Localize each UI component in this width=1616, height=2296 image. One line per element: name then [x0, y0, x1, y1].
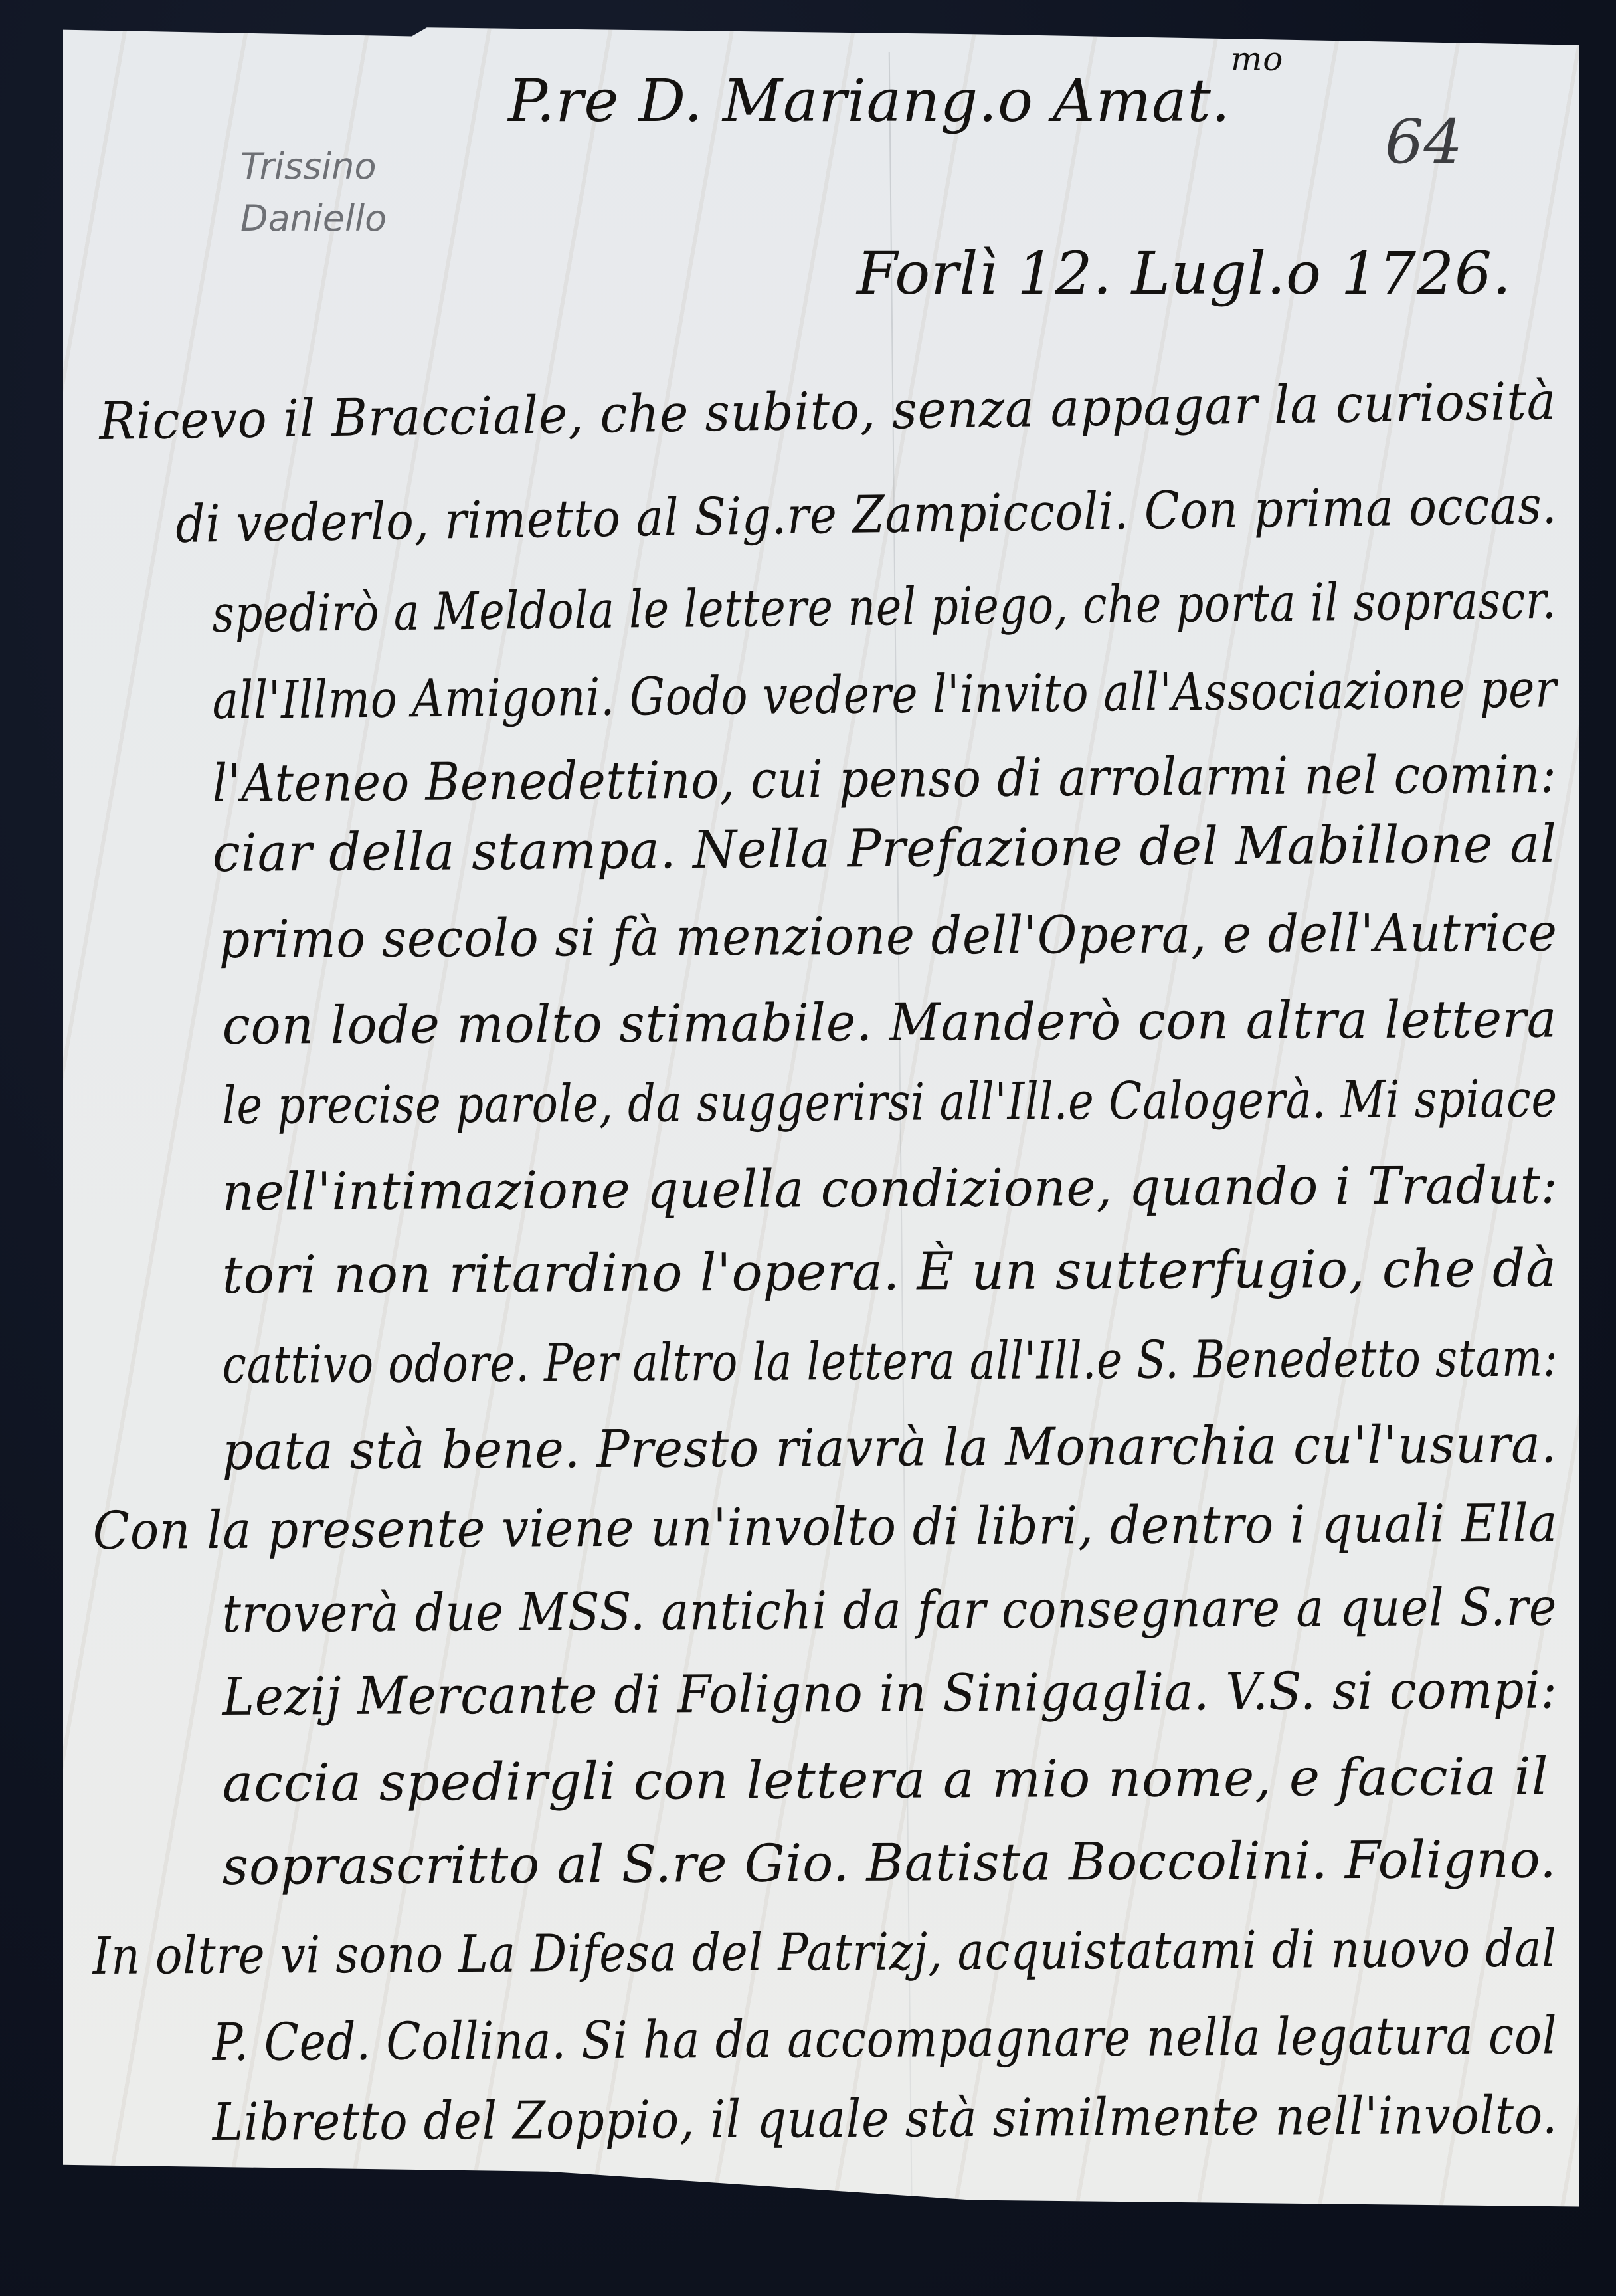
body-line: primo secolo si fà menzione dell'Opera, …	[219, 903, 1558, 970]
salutation-superscript: mo	[1231, 40, 1284, 78]
pencil-annotation-line1: Trissino	[240, 141, 387, 193]
body-line: Libretto del Zoppio, il quale stà similm…	[213, 2085, 1558, 2152]
body-line: le precise parole, da suggerirsi all'Ill…	[223, 1069, 1558, 1136]
body-line: Lezij Mercante di Foligno in Sinigaglia.…	[223, 1660, 1558, 1727]
pencil-annotation-line2: Daniello	[240, 193, 387, 244]
body-line: l'Ateneo Benedettino, cui penso di arrol…	[212, 745, 1557, 814]
salutation: P.re D. Mariang.o Amat.mo	[508, 66, 1283, 135]
body-line: accia spedirgli con lettera a mio nome, …	[223, 1747, 1549, 1814]
body-line: all'Illmo Amigoni. Godo vedere l'invito …	[212, 659, 1557, 731]
body-line: troverà due MSS. antichi da far consegna…	[223, 1577, 1558, 1644]
pencil-annotation: Trissino Daniello	[240, 141, 387, 244]
body-line: ciar della stampa. Nella Prefazione del …	[212, 814, 1557, 884]
salutation-text: P.re D. Mariang.o Amat.	[508, 66, 1231, 135]
dateline: Forlì 12. Lugl.o 1726.	[857, 239, 1512, 308]
body-line: cattivo odore. Per altro la lettera all'…	[223, 1328, 1558, 1395]
body-line: tori non ritardino l'opera. È un sutterf…	[223, 1238, 1558, 1305]
body-line: P. Ced. Collina. Si ha da accompagnare n…	[213, 2006, 1558, 2073]
folio-number: 64	[1385, 106, 1463, 177]
body-line: In oltre vi sono La Difesa del Patrizj, …	[93, 1919, 1557, 1986]
body-line: nell'intimazione quella condizione, quan…	[223, 1155, 1558, 1222]
body-line: soprascritto al S.re Gio. Batista Boccol…	[223, 1830, 1557, 1897]
body-line: con lode molto stimabile. Manderò con al…	[223, 989, 1558, 1056]
body-line: pata stà bene. Presto riavrà la Monarchi…	[223, 1414, 1558, 1482]
body-line: Con la presente viene un'involto di libr…	[93, 1493, 1558, 1561]
